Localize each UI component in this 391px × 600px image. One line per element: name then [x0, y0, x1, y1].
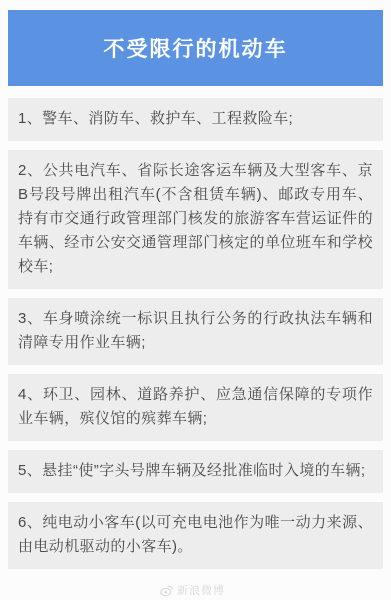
list-item-6: 6、纯电动小客车(以可充电电池作为唯一动力来源、由电动机驱动的小客车)。 — [8, 502, 383, 569]
header-banner: 不受限行的机动车 — [8, 10, 383, 86]
page-title: 不受限行的机动车 — [104, 33, 288, 63]
list-item-5: 5、悬挂“使”字头号牌车辆及经批准临时入境的车辆; — [8, 450, 383, 493]
list-item-2: 2、公共电汽车、省际长途客运车辆及大型客车、京B号段号牌出租汽车(不含租赁车辆)… — [8, 150, 383, 289]
watermark-text: 新浪微博 — [177, 582, 225, 598]
list-item-4: 4、环卫、园林、道路养护、应急通信保障的专项作业车辆，殡仪馆的殡葬车辆; — [8, 374, 383, 441]
weibo-logo-icon — [160, 584, 173, 597]
list-item-3: 3、车身喷涂统一标识且执行公务的行政执法车辆和清障专用作业车辆; — [8, 298, 383, 365]
watermark: 新浪微博 — [160, 582, 225, 598]
exemption-notice-page: 不受限行的机动车 1、警车、消防车、救护车、工程救险车; 2、公共电汽车、省际长… — [0, 0, 391, 600]
list-item-1: 1、警车、消防车、救护车、工程救险车; — [8, 98, 383, 141]
